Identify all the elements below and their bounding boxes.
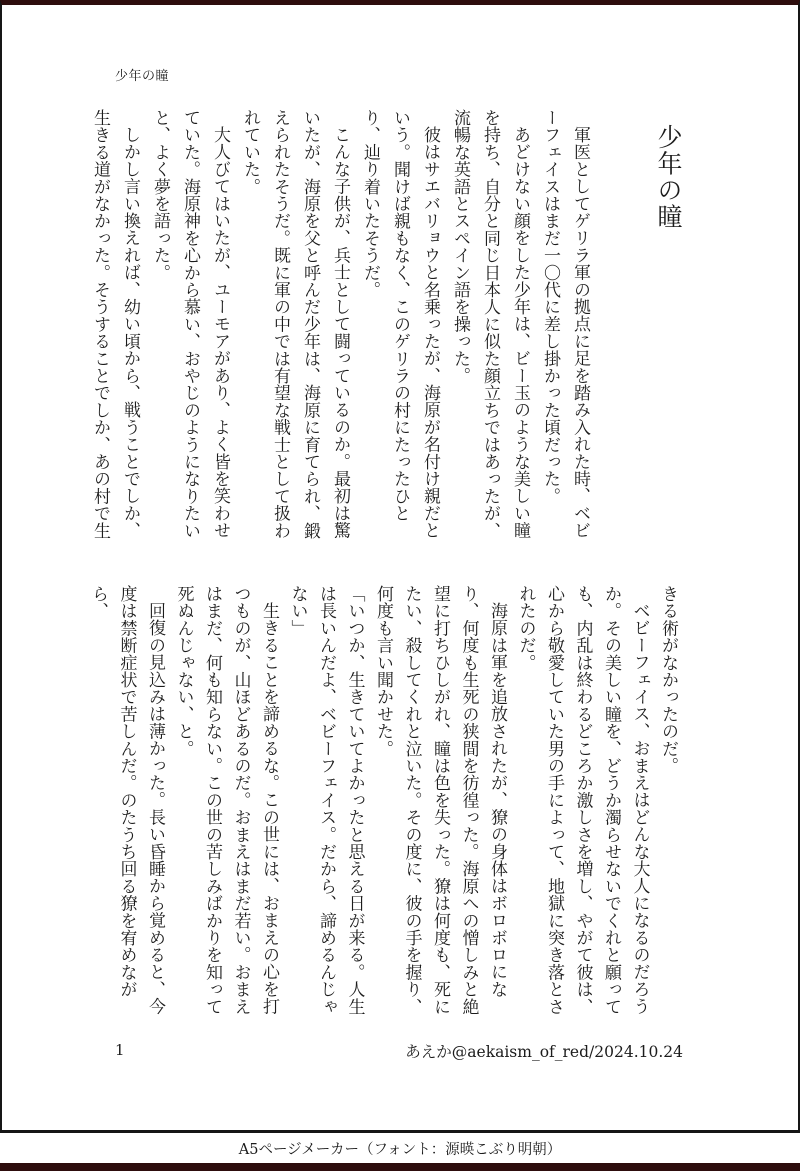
story-title: 少年の瞳 <box>650 109 686 539</box>
paragraph: 軍医としてゲリラ軍の拠点に足を踏み入れた時、ベビーフェイスはまだ一〇代に差し掛か… <box>535 109 595 539</box>
text-block-bottom: きる術がなかったのだ。 ベビーフェイス、おまえはどんな大人になるのだろうか。その… <box>84 585 683 1015</box>
paragraph: こんな子供が、兵士として闘っているのか。最初は驚いたが、海原を父と呼んだ少年は、… <box>235 109 355 539</box>
page-number: 1 <box>115 1041 125 1059</box>
paragraph: 海原は軍を追放されたが、獠の身体はボロボロになり、何度も生死の狭間を彷徨った。海… <box>369 585 512 1015</box>
paragraph: 大人びてはいたが、ユーモアがあり、よく皆を笑わせていた。海原神を心から慕い、おや… <box>145 109 235 539</box>
manuscript-page: 少年の瞳 少年の瞳 軍医としてゲリラ軍の拠点に足を踏み入れた時、ベビーフェイスは… <box>0 0 800 1133</box>
author-credit: あえか@aekaism_of_red/2024.10.24 <box>405 1040 683 1062</box>
paragraph: 生きることを諦めるな。この世には、おまえの心を打つものが、山ほどあるのだ。おまえ… <box>169 585 283 1015</box>
paragraph: 彼はサエバリョウと名乗ったが、海原が名付け親だという。聞けば親もなく、このゲリラ… <box>355 109 445 539</box>
paragraph-dialogue: 「いつか、生きていてよかったと思える日が来る。人生は長いんだよ、ベビーフェイス。… <box>283 585 369 1015</box>
text-block-top: 少年の瞳 軍医としてゲリラ軍の拠点に足を踏み入れた時、ベビーフェイスはまだ一〇代… <box>85 109 686 539</box>
paragraph: しかし言い換えれば、幼い頃から、戦うことでしか、生きる道がなかった。そうすること… <box>85 109 145 539</box>
generator-caption: A5ページメーカー（フォント：源暎こぶり明朝） <box>0 1138 800 1159</box>
paragraph: ベビーフェイス、おまえはどんな大人になるのだろうか。その美しい瞳を、どうか濁らせ… <box>511 585 654 1015</box>
paragraph: きる術がなかったのだ。 <box>654 585 683 1015</box>
running-header: 少年の瞳 <box>115 65 169 84</box>
bottom-edge-bar <box>0 1163 800 1171</box>
paragraph: あどけない顔をした少年は、ビー玉のような美しい瞳を持ち、自分と同じ日本人に似た顔… <box>445 109 535 539</box>
paragraph: 回復の見込みは薄かった。長い昏睡から覚めると、今度は禁断症状で苦しんだ。のたうち… <box>84 585 170 1015</box>
